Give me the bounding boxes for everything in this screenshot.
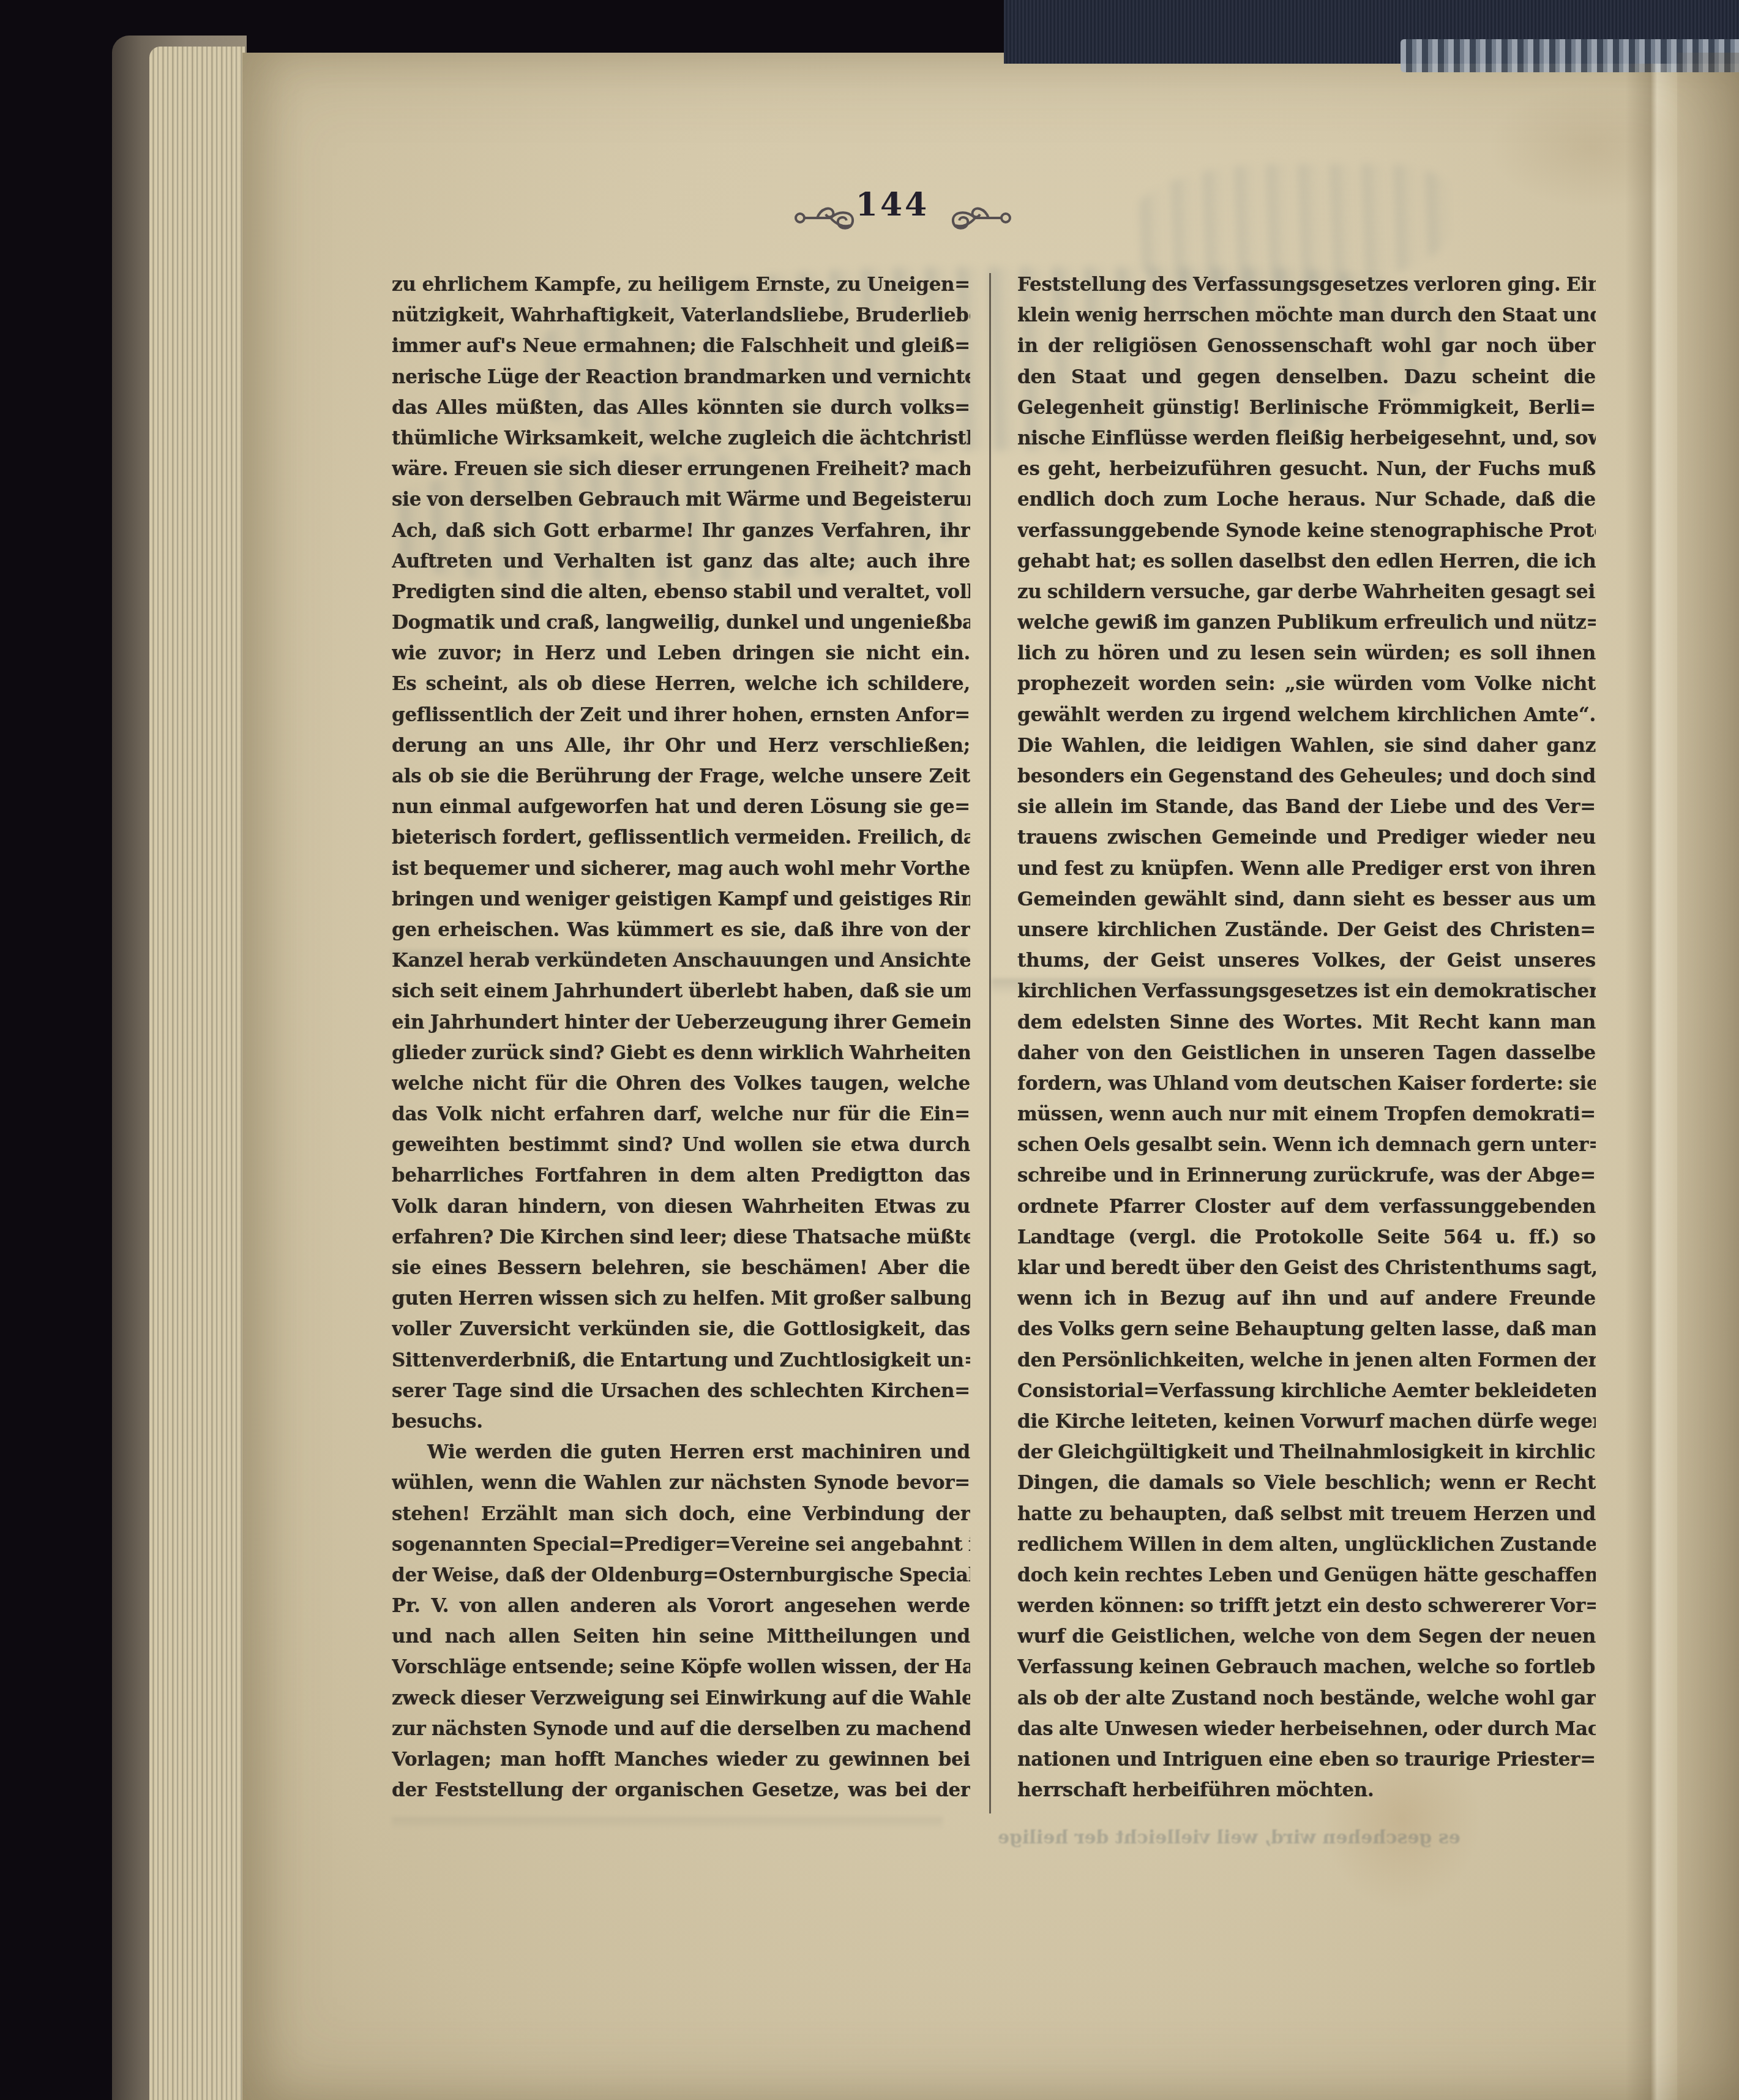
text-line: der Weise, daß der Oldenburg=Osternburgi… [392,1560,970,1591]
text-line: Vorlagen; man hofft Manches wieder zu ge… [392,1744,970,1775]
text-line: ordnete Pfarrer Closter auf dem verfassu… [1017,1191,1596,1222]
text-line: ist bequemer und sicherer, mag auch wohl… [392,853,970,884]
text-line: klein wenig herrschen möchte man durch d… [1017,300,1596,331]
text-line: der Gleichgültigkeit und Theilnahmlosigk… [1017,1437,1596,1468]
text-line: und nach allen Seiten hin seine Mittheil… [392,1621,970,1652]
text-line: Gelegenheit günstig! Berlinische Frömmig… [1017,392,1596,423]
text-line: Feststellung des Verfassungsgesetzes ver… [1017,269,1596,300]
text-line: sich seit einem Jahrhundert überlebt hab… [392,976,970,1007]
text-line: immer auf's Neue ermahnen; die Falschhei… [392,331,970,361]
text-line: redlichem Willen in dem alten, unglückli… [1017,1529,1596,1560]
text-line: bieterisch fordert, geflissentlich verme… [392,822,970,853]
text-line: unsere kirchlichen Zustände. Der Geist d… [1017,915,1596,945]
text-line: Wie werden die guten Herren erst machini… [392,1437,970,1468]
text-line: derung an uns Alle, ihr Ohr und Herz ver… [392,730,970,761]
text-line: schreibe und in Erinnerung zurückrufe, w… [1017,1160,1596,1191]
text-line: hatte zu behaupten, daß selbst mit treue… [1017,1499,1596,1529]
text-line: die Kirche leiteten, keinen Vorwurf mach… [1017,1406,1596,1437]
text-line: dem edelsten Sinne des Wortes. Mit Recht… [1017,1007,1596,1038]
text-line: Gemeinden gewählt sind, dann sieht es be… [1017,884,1596,915]
text-line: trauens zwischen Gemeinde und Prediger w… [1017,822,1596,853]
left-text-column: zu ehrlichem Kampfe, zu heiligem Ernste,… [392,269,970,1806]
text-line: thümliche Wirksamkeit, welche zugleich d… [392,423,970,454]
text-line: des Volks gern seine Behauptung gelten l… [1017,1314,1596,1344]
text-line: sie allein im Stande, das Band der Liebe… [1017,792,1596,822]
text-line: geflissentlich der Zeit und ihrer hohen,… [392,700,970,730]
column-divider-rule [989,273,991,1813]
text-line: zur nächsten Synode und auf die derselbe… [392,1714,970,1744]
text-line: sie eines Bessern belehren, sie beschäme… [392,1253,970,1283]
text-line: als ob sie die Berührung der Frage, welc… [392,761,970,792]
text-line: Verfassung keinen Gebrauch machen, welch… [1017,1652,1596,1682]
text-line: lich zu hören und zu lesen sein würden; … [1017,638,1596,669]
text-line: gen erheischen. Was kümmert es sie, daß … [392,915,970,945]
text-line: glieder zurück sind? Giebt es denn wirkl… [392,1038,970,1068]
bleedthrough-masthead [1132,164,1451,287]
text-line: es geht, herbeizuführen gesucht. Nun, de… [1017,454,1596,484]
text-line: thums, der Geist unseres Volkes, der Gei… [1017,945,1596,976]
right-text-column: Feststellung des Verfassungsgesetzes ver… [1017,269,1596,1806]
text-line: wäre. Freuen sie sich dieser errungenen … [392,454,970,484]
page-fold-shadow [1625,64,1680,2100]
text-line: nationen und Intriguen eine eben so trau… [1017,1744,1596,1775]
text-line: Dingen, die damals so Viele beschlich; w… [1017,1468,1596,1498]
text-line: besonders ein Gegenstand des Geheules; u… [1017,761,1596,792]
text-line: wenn ich in Bezug auf ihn und auf andere… [1017,1283,1596,1314]
text-line: den Persönlichkeiten, welche in jenen al… [1017,1345,1596,1376]
text-line: gehabt hat; es sollen daselbst den edlen… [1017,546,1596,577]
text-line: herrschaft herbeiführen möchten. [1017,1775,1596,1806]
text-line: gewählt werden zu irgend welchem kirchli… [1017,700,1596,730]
text-line: Es scheint, als ob diese Herren, welche … [392,669,970,699]
text-line: wurf die Geistlichen, welche von dem Seg… [1017,1621,1596,1652]
text-line: zu schildern versuche, gar derbe Wahrhei… [1017,577,1596,607]
text-line: besuchs. [392,1406,970,1437]
text-line: Landtage (vergl. die Protokolle Seite 56… [1017,1222,1596,1253]
page-edge-stack [149,47,245,2100]
text-line: Kanzel herab verkündeten Anschauungen un… [392,945,970,976]
text-line: bringen und weniger geistigen Kampf und … [392,884,970,915]
text-line: nützigkeit, Wahrhaftigkeit, Vaterlandsli… [392,300,970,331]
text-line: wie zuvor; in Herz und Leben dringen sie… [392,638,970,669]
gutter-shadow [1677,53,1739,2100]
text-line: nerische Lüge der Reaction brandmarken u… [392,362,970,392]
text-line: Volk daran hindern, von diesen Wahrheite… [392,1191,970,1222]
text-line: kirchlichen Verfassungsgesetzes ist ein … [1017,976,1596,1007]
text-line: welche gewiß im ganzen Publikum erfreuli… [1017,607,1596,638]
text-line: doch kein rechtes Leben und Genügen hätt… [1017,1560,1596,1591]
text-line: zu ehrlichem Kampfe, zu heiligem Ernste,… [392,269,970,300]
text-line: Auftreten und Verhalten ist ganz das alt… [392,546,970,577]
paper-stain [1487,86,1696,208]
text-line: prophezeit worden sein: „sie würden vom … [1017,669,1596,699]
text-line: Dogmatik und craß, langweilig, dunkel un… [392,607,970,638]
text-line: Predigten sind die alten, ebenso stabil … [392,577,970,607]
scan-background: 144 zu ehrlichem Kampfe, zu heiligem Ern… [0,0,1739,2100]
text-line: Die Wahlen, die leidigen Wahlen, sie sin… [1017,730,1596,761]
text-line: Sittenverderbniß, die Entartung und Zuch… [392,1345,970,1376]
text-line: endlich doch zum Loche heraus. Nur Schad… [1017,484,1596,515]
text-line: der Feststellung der organischen Gesetze… [392,1775,970,1806]
text-line: als ob der alte Zustand noch bestände, w… [1017,1683,1596,1714]
text-line: stehen! Erzählt man sich doch, eine Verb… [392,1499,970,1529]
text-line: das Volk nicht erfahren darf, welche nur… [392,1099,970,1130]
text-line: wühlen, wenn die Wahlen zur nächsten Syn… [392,1468,970,1498]
text-line: voller Zuversicht verkünden sie, die Got… [392,1314,970,1344]
bleedthrough-streak [392,1817,943,1829]
text-line: guten Herren wissen sich zu helfen. Mit … [392,1283,970,1314]
text-line: schen Oels gesalbt sein. Wenn ich demnac… [1017,1130,1596,1160]
text-line: Vorschläge entsende; seine Köpfe wollen … [392,1652,970,1682]
text-line: Pr. V. von allen anderen als Vorort ange… [392,1591,970,1621]
header-ornament-right [946,197,1013,234]
page-number: 144 [840,186,944,229]
text-line: sogenannten Special=Prediger=Vereine sei… [392,1529,970,1560]
text-line: daher von den Geistlichen in unseren Tag… [1017,1038,1596,1068]
text-line: das Alles müßten, das Alles könnten sie … [392,392,970,423]
text-line: den Staat und gegen denselben. Dazu sche… [1017,362,1596,392]
text-line: in der religiösen Genossenschaft wohl ga… [1017,331,1596,361]
text-line: Ach, daß sich Gott erbarme! Ihr ganzes V… [392,516,970,546]
text-line: müssen, wenn auch nur mit einem Tropfen … [1017,1099,1596,1130]
text-line: fordern, was Uhland vom deutschen Kaiser… [1017,1068,1596,1099]
text-line: serer Tage sind die Ursachen des schlech… [392,1376,970,1406]
text-line: sie von derselben Gebrauch mit Wärme und… [392,484,970,515]
bleedthrough-bottom-text: es geschehen wird, weil vielleicht der h… [998,1827,1585,1848]
text-line: beharrliches Fortfahren in dem alten Pre… [392,1160,970,1191]
text-line: erfahren? Die Kirchen sind leer; diese T… [392,1222,970,1253]
text-line: zweck dieser Verzweigung sei Einwirkung … [392,1683,970,1714]
text-line: das alte Unwesen wieder herbeisehnen, od… [1017,1714,1596,1744]
text-line: nische Einflüsse werden fleißig herbeige… [1017,423,1596,454]
text-line: verfassunggebende Synode keine stenograp… [1017,516,1596,546]
text-line: ein Jahrhundert hinter der Ueberzeugung … [392,1007,970,1038]
text-line: geweihten bestimmt sind? Und wollen sie … [392,1130,970,1160]
text-line: nun einmal aufgeworfen hat und deren Lös… [392,792,970,822]
text-line: Consistorial=Verfassung kirchliche Aemte… [1017,1376,1596,1406]
text-line: welche nicht für die Ohren des Volkes ta… [392,1068,970,1099]
text-line: und fest zu knüpfen. Wenn alle Prediger … [1017,853,1596,884]
text-line: werden können: so trifft jetzt ein desto… [1017,1591,1596,1621]
text-line: klar und beredt über den Geist des Chris… [1017,1253,1596,1283]
